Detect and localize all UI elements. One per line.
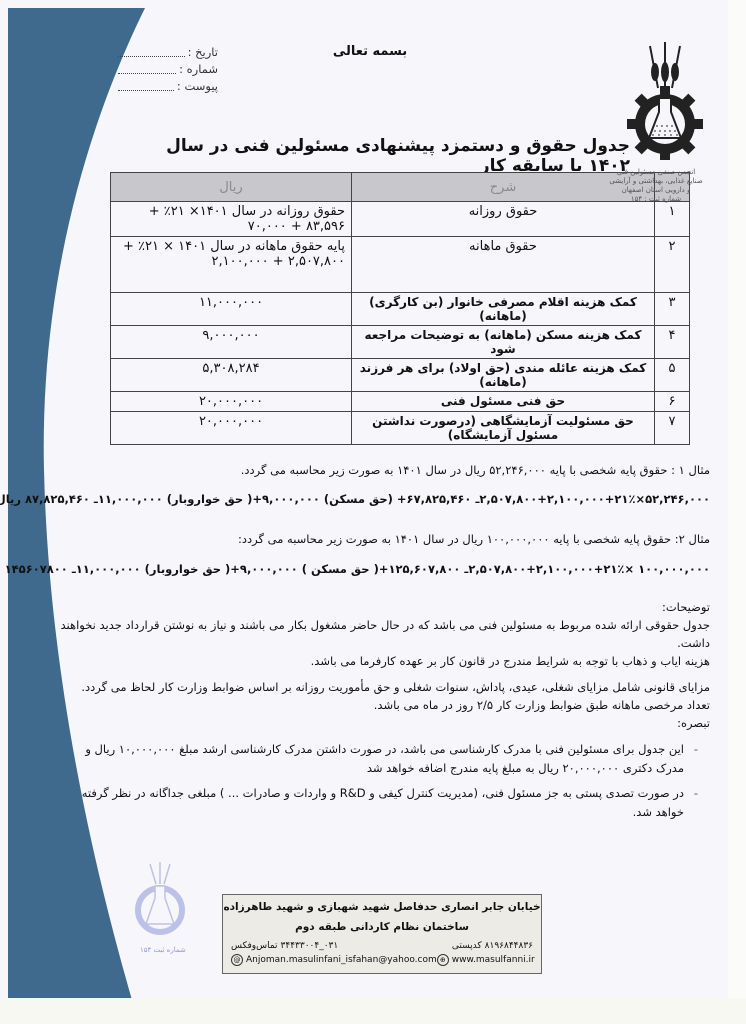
example-1-calculation: ۵۲,۲۴۶,۰۰۰×۲۱٪+۲,۵۰۷,۸۰۰+۲,۱۰۰,۰۰۰ـ ۶۷,۸…	[120, 492, 710, 506]
row-number: ۷	[655, 412, 690, 445]
example-2-intro: مثال ۲: حقوق پایه شخصی با پایه ۱۰۰,۰۰۰,۰…	[120, 532, 710, 546]
row-description: حق فنی مسئول فنی	[352, 392, 655, 412]
postal-code-label: کدپستی	[452, 941, 482, 951]
row-value: ۵,۳۰۸,۲۸۴	[111, 359, 352, 392]
row-number: ۱	[655, 202, 690, 237]
watermark-logo-icon	[130, 862, 190, 942]
date-blank	[118, 47, 185, 57]
postal-code: ۸۱۹۶۸۴۴۸۳۶ کدپستی	[452, 941, 533, 951]
footer-numbers-row: ۸۱۹۶۸۴۴۸۳۶ کدپستی ۰۳۱_۳۴۴۳۳۰۰۴ تماس‌وفکس	[223, 941, 541, 951]
number-label: شماره :	[179, 62, 218, 76]
attachment-field: پیوست :	[118, 77, 218, 94]
footer-address-box: خیابان جابر انصاری حدفاصل شهید شهبازی و …	[222, 894, 542, 974]
note-paragraph: جدول حقوقی ارائه شده مربوط به مسئولین فن…	[60, 616, 710, 652]
website-contact: ⊕ www.masulfanni.ir	[437, 954, 535, 966]
row-number: ۵	[655, 359, 690, 392]
notes-section: توضیحات: جدول حقوقی ارائه شده مربوط به م…	[60, 598, 710, 828]
number-field: شماره :	[118, 60, 218, 77]
table-row: ۵ کمک هزینه عائله مندی (حق اولاد) برای ه…	[111, 359, 690, 392]
attachment-blank	[118, 81, 174, 91]
document-title: جدول حقوق و دستمزد پیشنهادی مسئولین فنی …	[130, 136, 630, 176]
phone-fax: ۰۳۱_۳۴۴۳۳۰۰۴ تماس‌وفکس	[231, 941, 338, 951]
table-row: ۲ حقوق ماهانه پایه حقوق ماهانه در سال ۱۴…	[111, 237, 690, 293]
table-row: ۴ کمک هزینه مسکن (ماهانه) به توضیحات مرا…	[111, 326, 690, 359]
row-value: ۹,۰۰۰,۰۰۰	[111, 326, 352, 359]
address-line-1: خیابان جابر انصاری حدفاصل شهید شهبازی و …	[223, 901, 541, 913]
document-page: بسمه تعالی تاریخ : شماره : پیوست :	[0, 0, 746, 1024]
row-value: ۲۰,۰۰۰,۰۰۰	[111, 392, 352, 412]
note-paragraph: تعداد مرخصی ماهانه طبق ضوابط وزارت کار ۲…	[60, 696, 710, 714]
attachment-label: پیوست :	[177, 79, 218, 93]
remarks-list: این جدول برای مسئولین فنی با مدرک کارشنا…	[60, 740, 710, 822]
date-label: تاریخ :	[188, 45, 218, 59]
table-row: ۷ حق مسئولیت آزمایشگاهی (درصورت نداشتن م…	[111, 412, 690, 445]
association-logo-icon	[626, 40, 704, 160]
row-description: کمک هزینه اقلام مصرفی خانوار (بن کارگری)…	[352, 293, 655, 326]
remark-heading: تبصره:	[60, 714, 710, 732]
row-description: حقوق ماهانه	[352, 237, 655, 293]
row-value: حقوق روزانه در سال ۱۴۰۱× ۲۱٪ + ۸۳,۵۹۶ + …	[111, 202, 352, 237]
website-link[interactable]: www.masulfanni.ir	[452, 955, 535, 965]
row-number: ۶	[655, 392, 690, 412]
row-value: ۱۱,۰۰۰,۰۰۰	[111, 293, 352, 326]
remark-item: این جدول برای مسئولین فنی با مدرک کارشنا…	[60, 740, 698, 778]
header-value-rial: ریال	[111, 173, 352, 202]
logo-caption-line: صنایع غذایی، بهداشتی و آرایشی	[600, 177, 712, 186]
notes-heading: توضیحات:	[60, 598, 710, 616]
postal-code-value: ۸۱۹۶۸۴۴۸۳۶	[485, 941, 533, 951]
table-row: ۳ کمک هزینه اقلام مصرفی خانوار (بن کارگر…	[111, 293, 690, 326]
row-value: ۲۰,۰۰۰,۰۰۰	[111, 412, 352, 445]
number-blank	[118, 64, 176, 74]
date-field: تاریخ :	[118, 43, 218, 60]
watermark-caption: شماره ثبت ۱۵۴	[140, 946, 186, 954]
email-address[interactable]: Anjoman.masulinfani_isfahan@yahoo.com	[246, 955, 437, 965]
logo-caption-line: شماره ثبت : ۱۵۴	[600, 195, 712, 204]
bismillah-heading: بسمه تعالی	[310, 44, 430, 59]
globe-icon: ⊕	[437, 954, 449, 966]
phone-label: تماس‌وفکس	[231, 941, 278, 951]
logo-caption-line: انجمن صنفی مسئولین فنی	[600, 168, 712, 177]
row-number: ۳	[655, 293, 690, 326]
row-number: ۴	[655, 326, 690, 359]
letter-meta-fields: تاریخ : شماره : پیوست :	[118, 43, 218, 94]
row-value: پایه حقوق ماهانه در سال ۱۴۰۱ × ۲۱٪ + ۲,۵…	[111, 237, 352, 293]
note-paragraph: هزینه ایاب و ذهاب با توجه به شرایط مندرج…	[60, 652, 710, 670]
salary-table: شرح ریال ۱ حقوق روزانه حقوق روزانه در سا…	[110, 172, 690, 445]
table-row: ۱ حقوق روزانه حقوق روزانه در سال ۱۴۰۱× ۲…	[111, 202, 690, 237]
scan-bottom-edge	[0, 998, 746, 1024]
email-icon: @	[231, 954, 243, 966]
footer-contact-row: @ Anjoman.masulinfani_isfahan@yahoo.com …	[223, 954, 541, 966]
remark-item: در صورت تصدی پستی به جز مسئول فنی، (مدیر…	[60, 784, 698, 822]
logo-caption: انجمن صنفی مسئولین فنی صنایع غذایی، بهدا…	[600, 168, 712, 204]
note-paragraph: مزایای قانونی شامل مزایای شغلی، عیدی، پا…	[60, 678, 710, 696]
email-contact: @ Anjoman.masulinfani_isfahan@yahoo.com	[231, 954, 437, 966]
example-1-intro: مثال ۱ : حقوق پایه شخصی با پایه ۵۲,۲۴۶,۰…	[120, 463, 710, 477]
phone-value: ۰۳۱_۳۴۴۳۳۰۰۴	[281, 941, 339, 951]
example-2-calculation: ۱۰۰,۰۰۰,۰۰۰ ×۲۱٪+۲,۵۰۷,۸۰۰+۲,۱۰۰,۰۰۰ـ ۱۲…	[120, 562, 710, 576]
row-description: کمک هزینه مسکن (ماهانه) به توضیحات مراجع…	[352, 326, 655, 359]
row-description: حقوق روزانه	[352, 202, 655, 237]
logo-caption-line: و دارویی استان اصفهان	[600, 186, 712, 195]
address-line-2: ساختمان نظام کاردانی طبقه دوم	[223, 921, 541, 933]
row-description: حق مسئولیت آزمایشگاهی (درصورت نداشتن مسئ…	[352, 412, 655, 445]
row-description: کمک هزینه عائله مندی (حق اولاد) برای هر …	[352, 359, 655, 392]
page-edge	[728, 0, 746, 1024]
table-row: ۶ حق فنی مسئول فنی ۲۰,۰۰۰,۰۰۰	[111, 392, 690, 412]
row-number: ۲	[655, 237, 690, 293]
